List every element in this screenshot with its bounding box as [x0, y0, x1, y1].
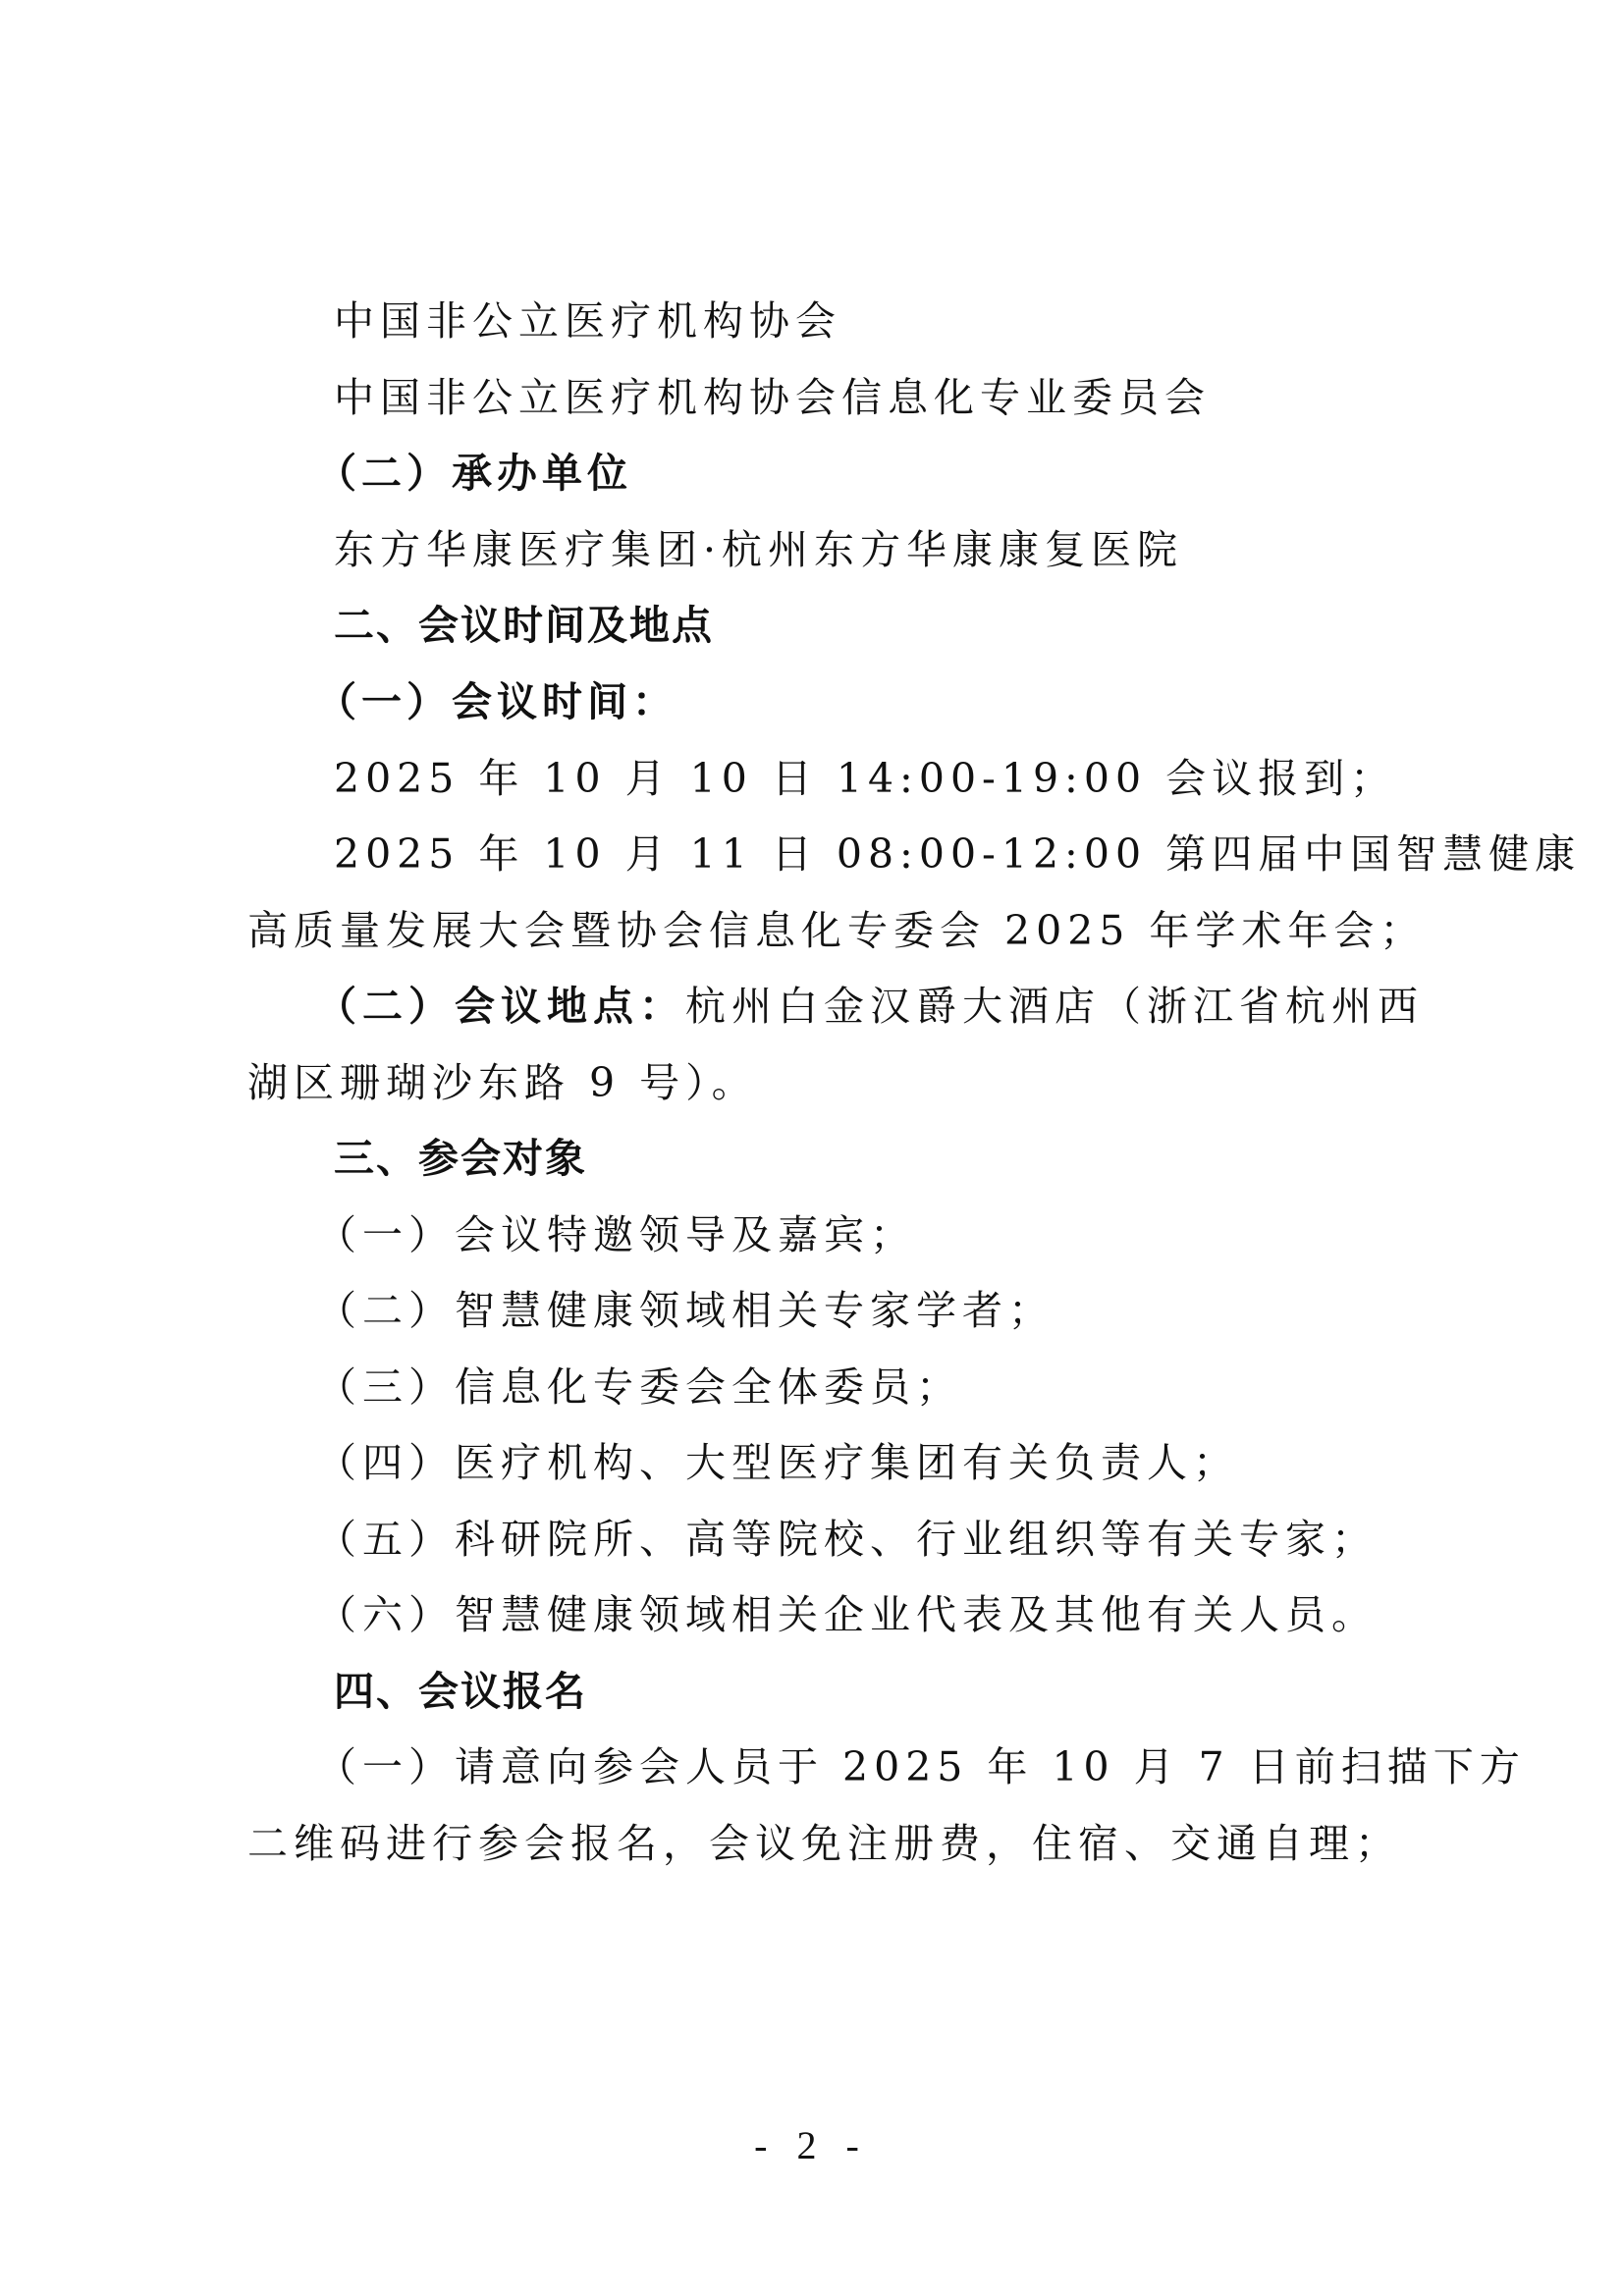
participant-item-4: （四）医疗机构、大型医疗集团有关负责人； — [316, 1438, 1455, 1487]
schedule-conference-cont: 高质量发展大会暨协会信息化专委会 2025 年学术年会； — [247, 906, 1386, 955]
participant-item-1: （一）会议特邀领导及嘉宾； — [316, 1210, 1455, 1259]
document-page: 中国非公立医疗机构协会 中国非公立医疗机构协会信息化专业委员会 （二）承办单位 … — [0, 0, 1623, 2296]
schedule-registration: 2025 年 10 月 10 日 14:00-19:00 会议报到； — [334, 754, 1473, 803]
venue-line-cont: 湖区珊瑚沙东路 9 号）。 — [247, 1058, 1386, 1107]
section-heading-participants: 三、参会对象 — [334, 1134, 1473, 1183]
venue-label: （二）会议地点： — [316, 983, 685, 1030]
section-heading-time-place: 二、会议时间及地点 — [334, 601, 1473, 650]
registration-text: （一）请意向参会人员于 2025 年 10 月 7 日前扫描下方 — [316, 1742, 1455, 1791]
participant-item-6: （六）智慧健康领域相关企业代表及其他有关人员。 — [316, 1590, 1455, 1639]
subheading-time: （一）会议时间： — [316, 677, 1455, 726]
participant-item-3: （三）信息化专委会全体委员； — [316, 1362, 1455, 1412]
participant-item-2: （二）智慧健康领域相关专家学者； — [316, 1286, 1455, 1335]
registration-text-cont: 二维码进行参会报名，会议免注册费，住宿、交通自理； — [247, 1819, 1386, 1868]
host-organization: 东方华康医疗集团·杭州东方华康康复医院 — [334, 525, 1473, 574]
subheading-host: （二）承办单位 — [316, 449, 1455, 498]
schedule-conference: 2025 年 10 月 11 日 08:00-12:00 第四届中国智慧健康 — [334, 829, 1473, 879]
page-number: - 2 - — [0, 2122, 1623, 2168]
organizer-line-2: 中国非公立医疗机构协会信息化专业委员会 — [334, 373, 1473, 422]
organizer-line-1: 中国非公立医疗机构协会 — [334, 296, 1473, 346]
section-heading-registration: 四、会议报名 — [334, 1667, 1473, 1716]
participant-item-5: （五）科研院所、高等院校、行业组织等有关专家； — [316, 1515, 1455, 1564]
venue-text: 杭州白金汉爵大酒店（浙江省杭州西 — [685, 983, 1424, 1030]
venue-line: （二）会议地点：杭州白金汉爵大酒店（浙江省杭州西 — [316, 982, 1455, 1031]
